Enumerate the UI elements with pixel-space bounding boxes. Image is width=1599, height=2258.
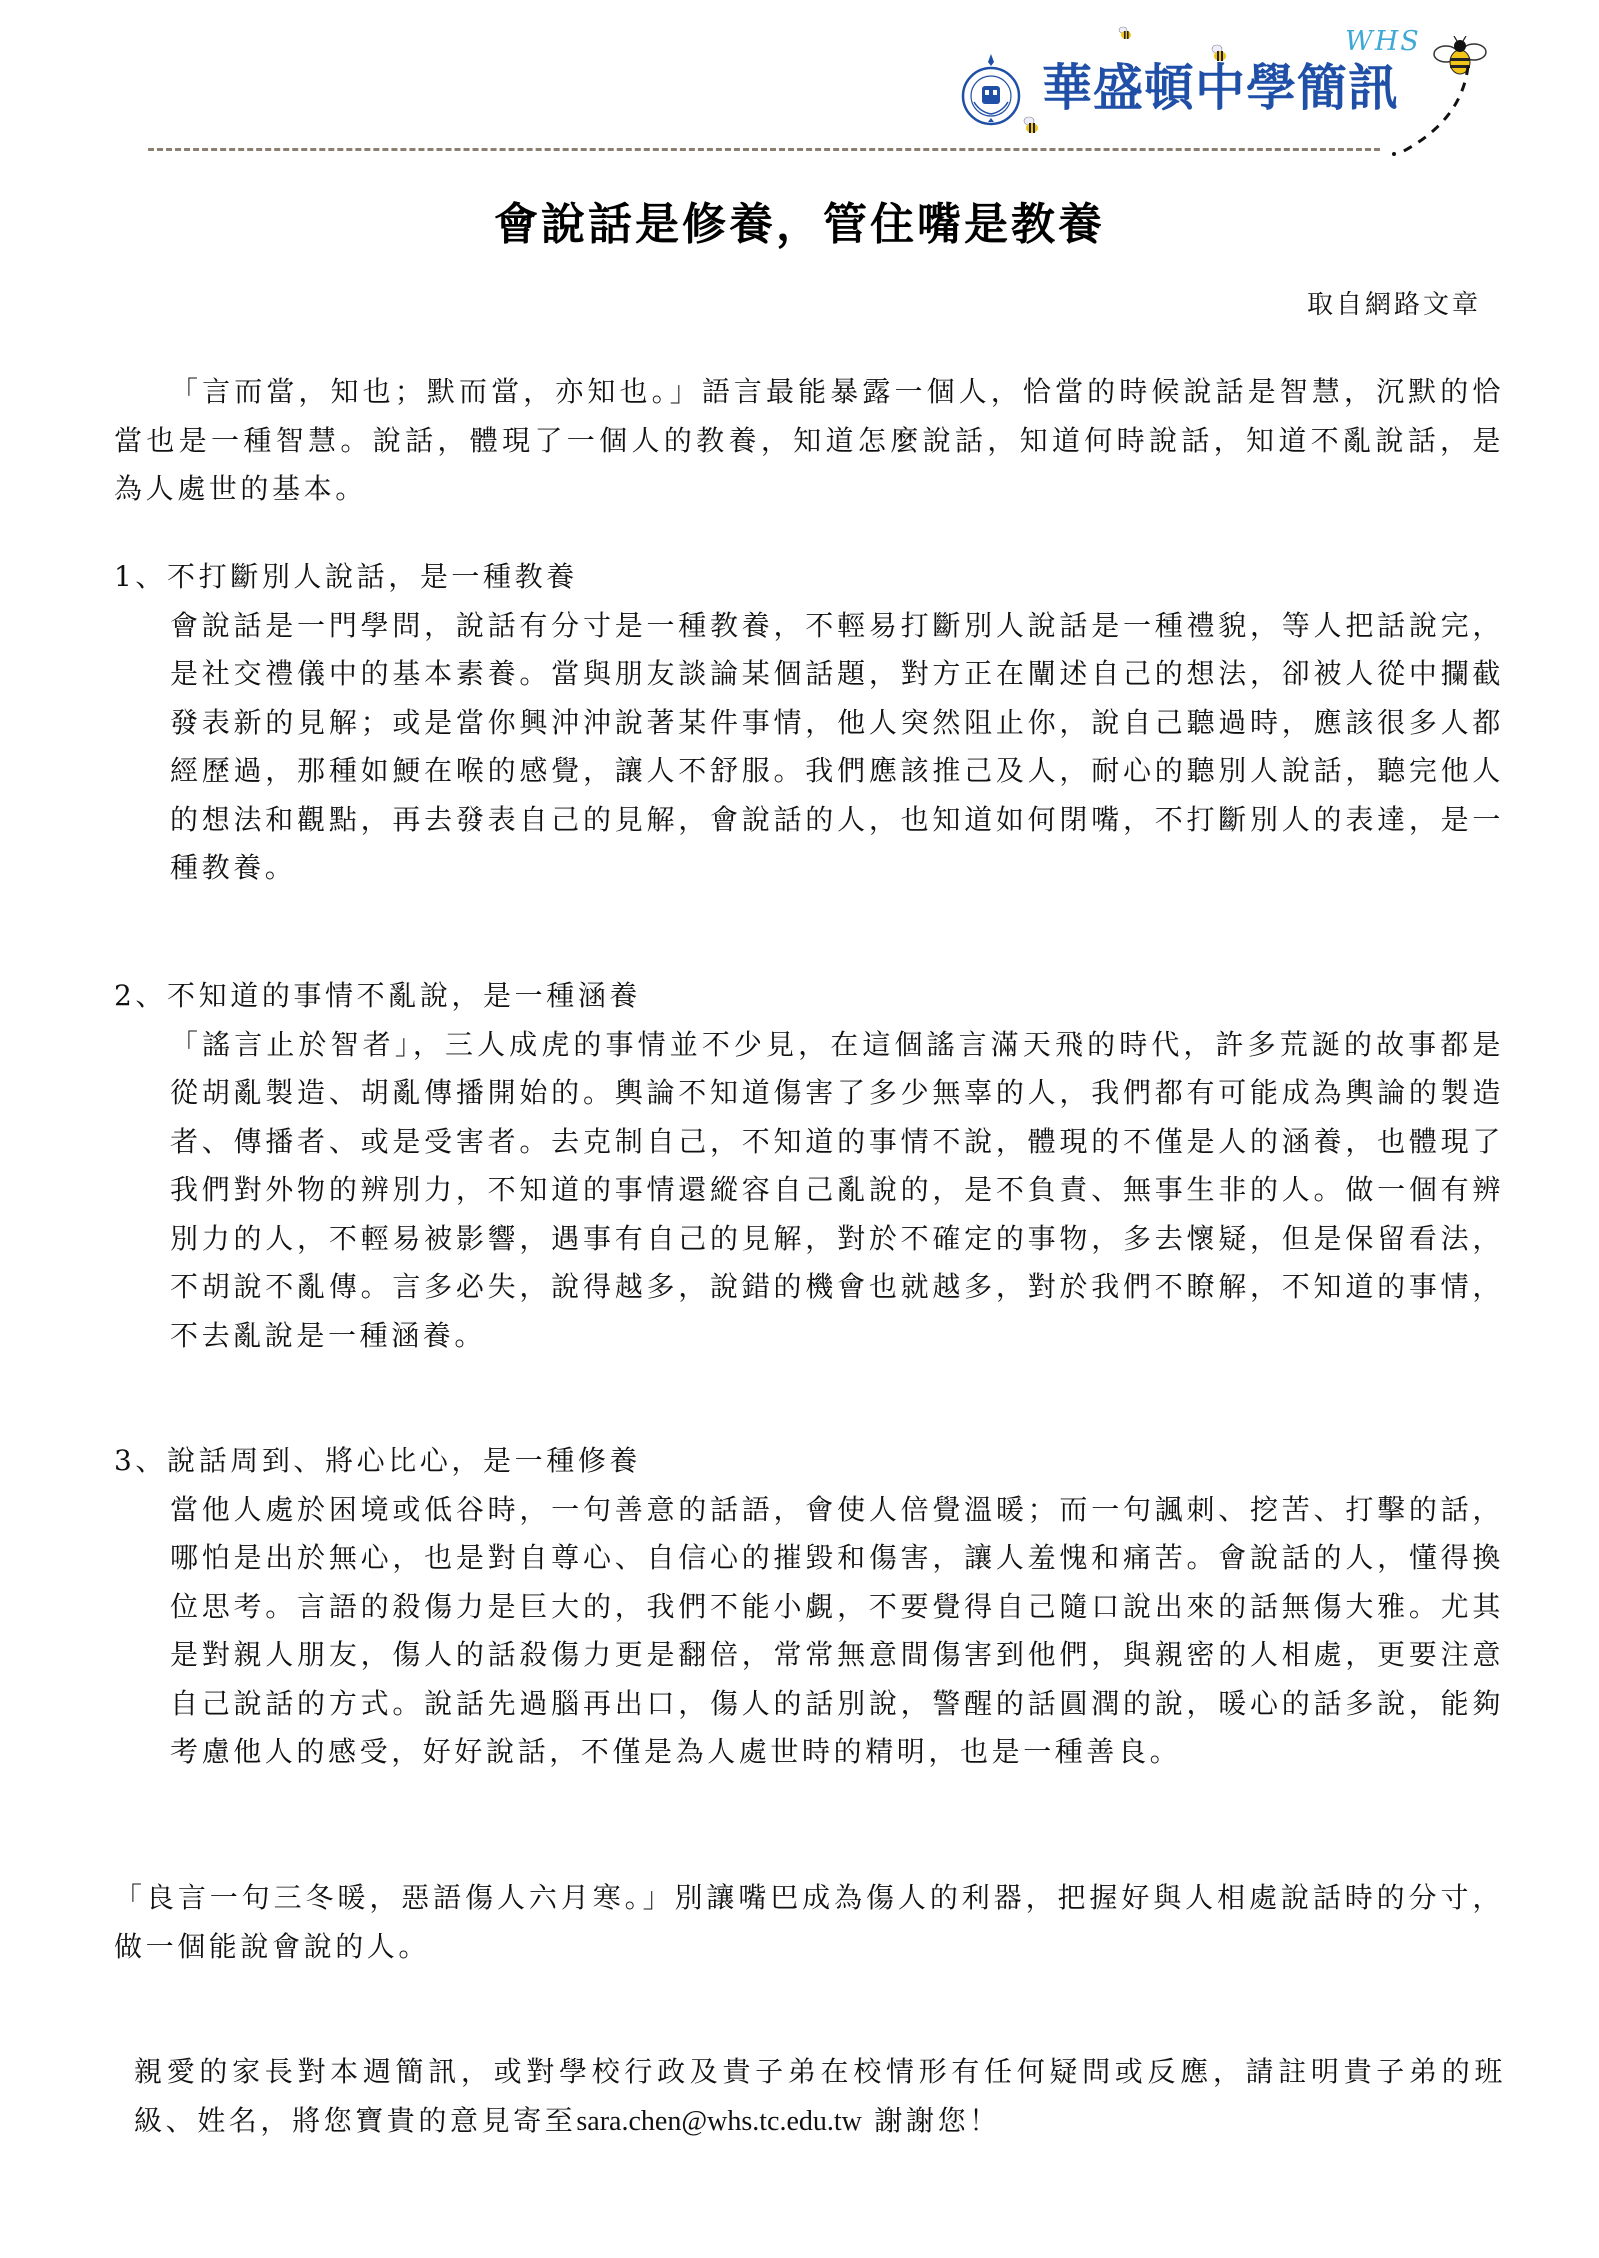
section-body: 「謠言止於智者」，三人成虎的事情並不少見，在這個謠言滿天飛的時代，許多荒誕的故事… bbox=[170, 1021, 1504, 1361]
school-seal-icon bbox=[960, 52, 1022, 130]
bee-icon bbox=[1210, 44, 1230, 62]
section-body: 當他人處於困境或低谷時，一句善意的話語，會使人倍覺溫暖；而一句諷刺、挖苦、打擊的… bbox=[170, 1486, 1504, 1777]
conclusion-paragraph: 「良言一句三冬暖，惡語傷人六月寒。」別讓嘴巴成為傷人的利器，把握好與人相處說話時… bbox=[114, 1874, 1504, 1971]
conclusion: 「良言一句三冬暖，惡語傷人六月寒。」別讓嘴巴成為傷人的利器，把握好與人相處說話時… bbox=[114, 1874, 1504, 1971]
article-source: 取自網路文章 bbox=[1307, 284, 1481, 321]
section-3: 3、說話周到、將心比心，是一種修養 當他人處於困境或低谷時，一句善意的話語，會使… bbox=[114, 1437, 1504, 1777]
header-divider bbox=[148, 148, 1380, 151]
masthead-abbr: WHS bbox=[1345, 26, 1421, 57]
contact-email-link[interactable]: sara.chen@whs.tc.edu.tw bbox=[576, 2106, 861, 2137]
bee-icon bbox=[1022, 116, 1042, 134]
masthead-title: 華盛頓中學簡訊 bbox=[1042, 58, 1399, 118]
contact-notice-text: 親愛的家長對本週簡訊，或對學校行政及貴子弟在校情形有任何疑問或反應，請註明貴子弟… bbox=[134, 2048, 1506, 2146]
section-heading: 2、不知道的事情不亂說，是一種涵養 bbox=[114, 972, 1504, 1021]
intro-paragraph: 「言而當，知也；默而當，亦知也。」語言最能暴露一個人，恰當的時候說話是智慧，沉默… bbox=[114, 368, 1504, 514]
section-1: 1、不打斷別人說話，是一種教養 會說話是一門學問，說話有分寸是一種教養，不輕易打… bbox=[114, 553, 1504, 893]
newsletter-header: 華盛頓中學簡訊 WHS bbox=[0, 0, 1599, 170]
section-heading: 1、不打斷別人說話，是一種教養 bbox=[114, 553, 1504, 602]
bee-flight-path bbox=[1390, 60, 1510, 160]
section-body: 會說話是一門學問，說話有分寸是一種教養，不輕易打斷別人說話是一種禮貌，等人把話說… bbox=[170, 602, 1504, 893]
bee-icon bbox=[1118, 26, 1134, 40]
contact-notice-suffix: 謝謝您！ bbox=[862, 2104, 1001, 2137]
article-body: 「言而當，知也；默而當，亦知也。」語言最能暴露一個人，恰當的時候說話是智慧，沉默… bbox=[114, 368, 1504, 514]
section-2: 2、不知道的事情不亂說，是一種涵養 「謠言止於智者」，三人成虎的事情並不少見，在… bbox=[114, 972, 1504, 1360]
article-title: 會說話是修養，管住嘴是教養 bbox=[0, 188, 1599, 252]
section-heading: 3、說話周到、將心比心，是一種修養 bbox=[114, 1437, 1504, 1486]
contact-notice: 親愛的家長對本週簡訊，或對學校行政及貴子弟在校情形有任何疑問或反應，請註明貴子弟… bbox=[134, 2048, 1506, 2146]
